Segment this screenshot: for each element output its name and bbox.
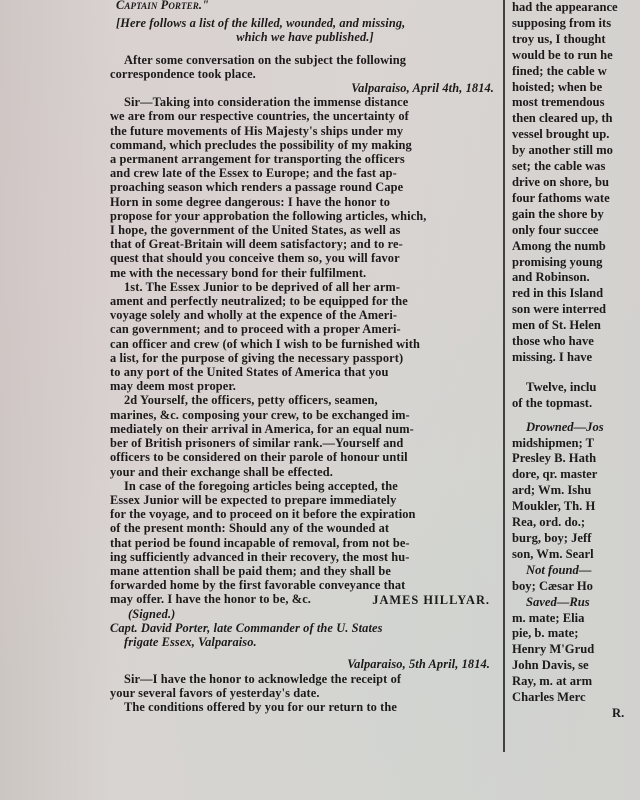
right-line: then cleared up, th <box>512 111 640 127</box>
article-line: to any port of the United States of Amer… <box>110 365 500 379</box>
body-line: me with the necessary bond for their ful… <box>110 266 500 280</box>
right-line: missing. I have <box>512 350 640 366</box>
closing-line: forwarded home by the first favorable co… <box>110 578 500 592</box>
letter1-body: Sir—Taking into consideration the immens… <box>110 95 500 280</box>
closing-line: for the voyage, and to proceed on it bef… <box>110 507 500 521</box>
closing-line: ing sufficiently advanced in their recov… <box>110 550 500 564</box>
casualty-list: Drowned—Jos midshipmen; T Presley B. Hat… <box>512 420 640 722</box>
letter2-body-line: The conditions offered by you for our re… <box>110 700 500 714</box>
casualty-line: m. mate; Elia <box>512 611 640 627</box>
article-line: ber of British prisoners of similar rank… <box>110 436 500 450</box>
casualty-line: son, Wm. Searl <box>512 547 640 563</box>
body-line: quest that should you conceive them so, … <box>110 251 500 265</box>
casualty-line: Not found— <box>512 563 640 579</box>
casualty-line: Moukler, Th. H <box>512 499 640 515</box>
closing-line: mane attention shall be paid them; and t… <box>110 564 500 578</box>
column-rule <box>503 0 505 752</box>
right-line: Among the numb <box>512 239 640 255</box>
body-line: proaching season which renders a passage… <box>110 180 500 194</box>
casualty-line: ard; Wm. Ishu <box>512 483 640 499</box>
addressee-line-1: Capt. David Porter, late Commander of th… <box>110 621 500 635</box>
right-line: and Robinson. <box>512 270 640 286</box>
closing-line: Essex Junior will be expected to prepare… <box>110 493 500 507</box>
article-line: mediately on their arrival in America, f… <box>110 422 500 436</box>
right-line: promising young <box>512 255 640 271</box>
body-line: the future movements of His Majesty's sh… <box>110 124 500 138</box>
casualty-line: Drowned—Jos <box>512 420 640 436</box>
right-column: had the appearance supposing from its tr… <box>512 0 640 722</box>
casualty-line: Rea, ord. do.; <box>512 515 640 531</box>
body-line: command, which precludes the possibility… <box>110 138 500 152</box>
article-1: 1st. The Essex Junior to be deprived of … <box>110 280 500 394</box>
newspaper-page: Captain Porter." [Here follows a list of… <box>0 0 640 800</box>
right-line: son were interred <box>512 302 640 318</box>
closing-line: of the present month: Should any of the … <box>110 521 500 535</box>
body-line: I hope, the government of the United Sta… <box>110 223 500 237</box>
right-line: had the appearance <box>512 0 640 16</box>
casualty-line: R. <box>512 706 640 722</box>
addressee-line-2: frigate Essex, Valparaiso. <box>110 635 500 649</box>
letter1-dateline: Valparaiso, April 4th, 1814. <box>110 81 500 95</box>
casualty-line: Charles Merc <box>512 690 640 706</box>
article-line: ament and perfectly neutralized; to be e… <box>110 294 500 308</box>
right-line: four fathoms wate <box>512 191 640 207</box>
right-line: supposing from its <box>512 16 640 32</box>
casualty-line: dore, qr. master <box>512 467 640 483</box>
right-line: set; the cable was <box>512 159 640 175</box>
article-line: your and their exchange shall be effecte… <box>110 465 500 479</box>
right-line: most tremendous <box>512 95 640 111</box>
article-line: a list, for the purpose of giving the ne… <box>110 351 500 365</box>
article-line: 1st. The Essex Junior to be deprived of … <box>110 280 500 294</box>
right-line: hoisted; when be <box>512 80 640 96</box>
letter2-body-line: your several favors of yesterday's date. <box>110 686 500 700</box>
right-line: of the topmast. <box>512 396 640 412</box>
body-line: a permanent arrangement for transporting… <box>110 152 500 166</box>
right-line: would be to run he <box>512 48 640 64</box>
casualty-line: pie, b. mate; <box>512 626 640 642</box>
article-line: may deem most proper. <box>110 379 500 393</box>
letter2-body-line: Sir—I have the honor to acknowledge the … <box>110 672 500 686</box>
article-line: 2d Yourself, the officers, petty officer… <box>110 393 500 407</box>
article-2: 2d Yourself, the officers, petty officer… <box>110 393 500 478</box>
intro-line-1: After some conversation on the subject t… <box>110 53 500 67</box>
casualty-line: burg, boy; Jeff <box>512 531 640 547</box>
right-line: by another still mo <box>512 143 640 159</box>
right-line: men of St. Helen <box>512 318 640 334</box>
right-line: red in this Island <box>512 286 640 302</box>
casualty-line: Ray, m. at arm <box>512 674 640 690</box>
body-line: that of Great-Britain will deem satisfac… <box>110 237 500 251</box>
editor-note-line-2: which we have published.] <box>110 30 500 44</box>
body-line: Horn in some degree dangerous: I have th… <box>110 195 500 209</box>
right-line: gain the shore by <box>512 207 640 223</box>
editor-note-line-1: [Here follows a list of the killed, woun… <box>110 16 500 30</box>
body-line: and crew late of the Essex to Europe; an… <box>110 166 500 180</box>
casualty-line: boy; Cæsar Ho <box>512 579 640 595</box>
letter2-dateline: Valparaiso, 5th April, 1814. <box>110 657 500 671</box>
article-line: officers to be considered on their parol… <box>110 450 500 464</box>
right-line: drive on shore, bu <box>512 175 640 191</box>
body-line: propose for your approbation the followi… <box>110 209 500 223</box>
right-line: Twelve, inclu <box>512 380 640 396</box>
casualty-line: Presley B. Hath <box>512 451 640 467</box>
closing-line: In case of the foregoing articles being … <box>110 479 500 493</box>
article-line: voyage solely and wholly at the expence … <box>110 308 500 322</box>
article-line: can officer and crew (of which I wish to… <box>110 337 500 351</box>
body-line: we are from our respective countries, th… <box>110 109 500 123</box>
header-line: Captain Porter." <box>110 0 500 12</box>
casualty-line: Henry M'Grud <box>512 642 640 658</box>
right-line: those who have <box>512 334 640 350</box>
casualty-line: Saved—Rus <box>512 595 640 611</box>
casualty-line: midshipmen; T <box>512 436 640 452</box>
right-line: vessel brought up. <box>512 127 640 143</box>
letter1-closing: In case of the foregoing articles being … <box>110 479 500 607</box>
main-column: Captain Porter." [Here follows a list of… <box>110 0 500 714</box>
body-line: Sir—Taking into consideration the immens… <box>110 95 500 109</box>
right-line: only four succee <box>512 223 640 239</box>
signed-label: (Signed.) <box>110 607 500 621</box>
article-line: can government; and to proceed with a pr… <box>110 322 500 336</box>
article-line: marines, &c. composing your crew, to be … <box>110 408 500 422</box>
closing-line: that period be found incapable of remova… <box>110 536 500 550</box>
intro-line-2: correspondence took place. <box>110 67 500 81</box>
casualty-line: John Davis, se <box>512 658 640 674</box>
right-line: troy us, I thought <box>512 32 640 48</box>
right-line: fined; the cable w <box>512 64 640 80</box>
